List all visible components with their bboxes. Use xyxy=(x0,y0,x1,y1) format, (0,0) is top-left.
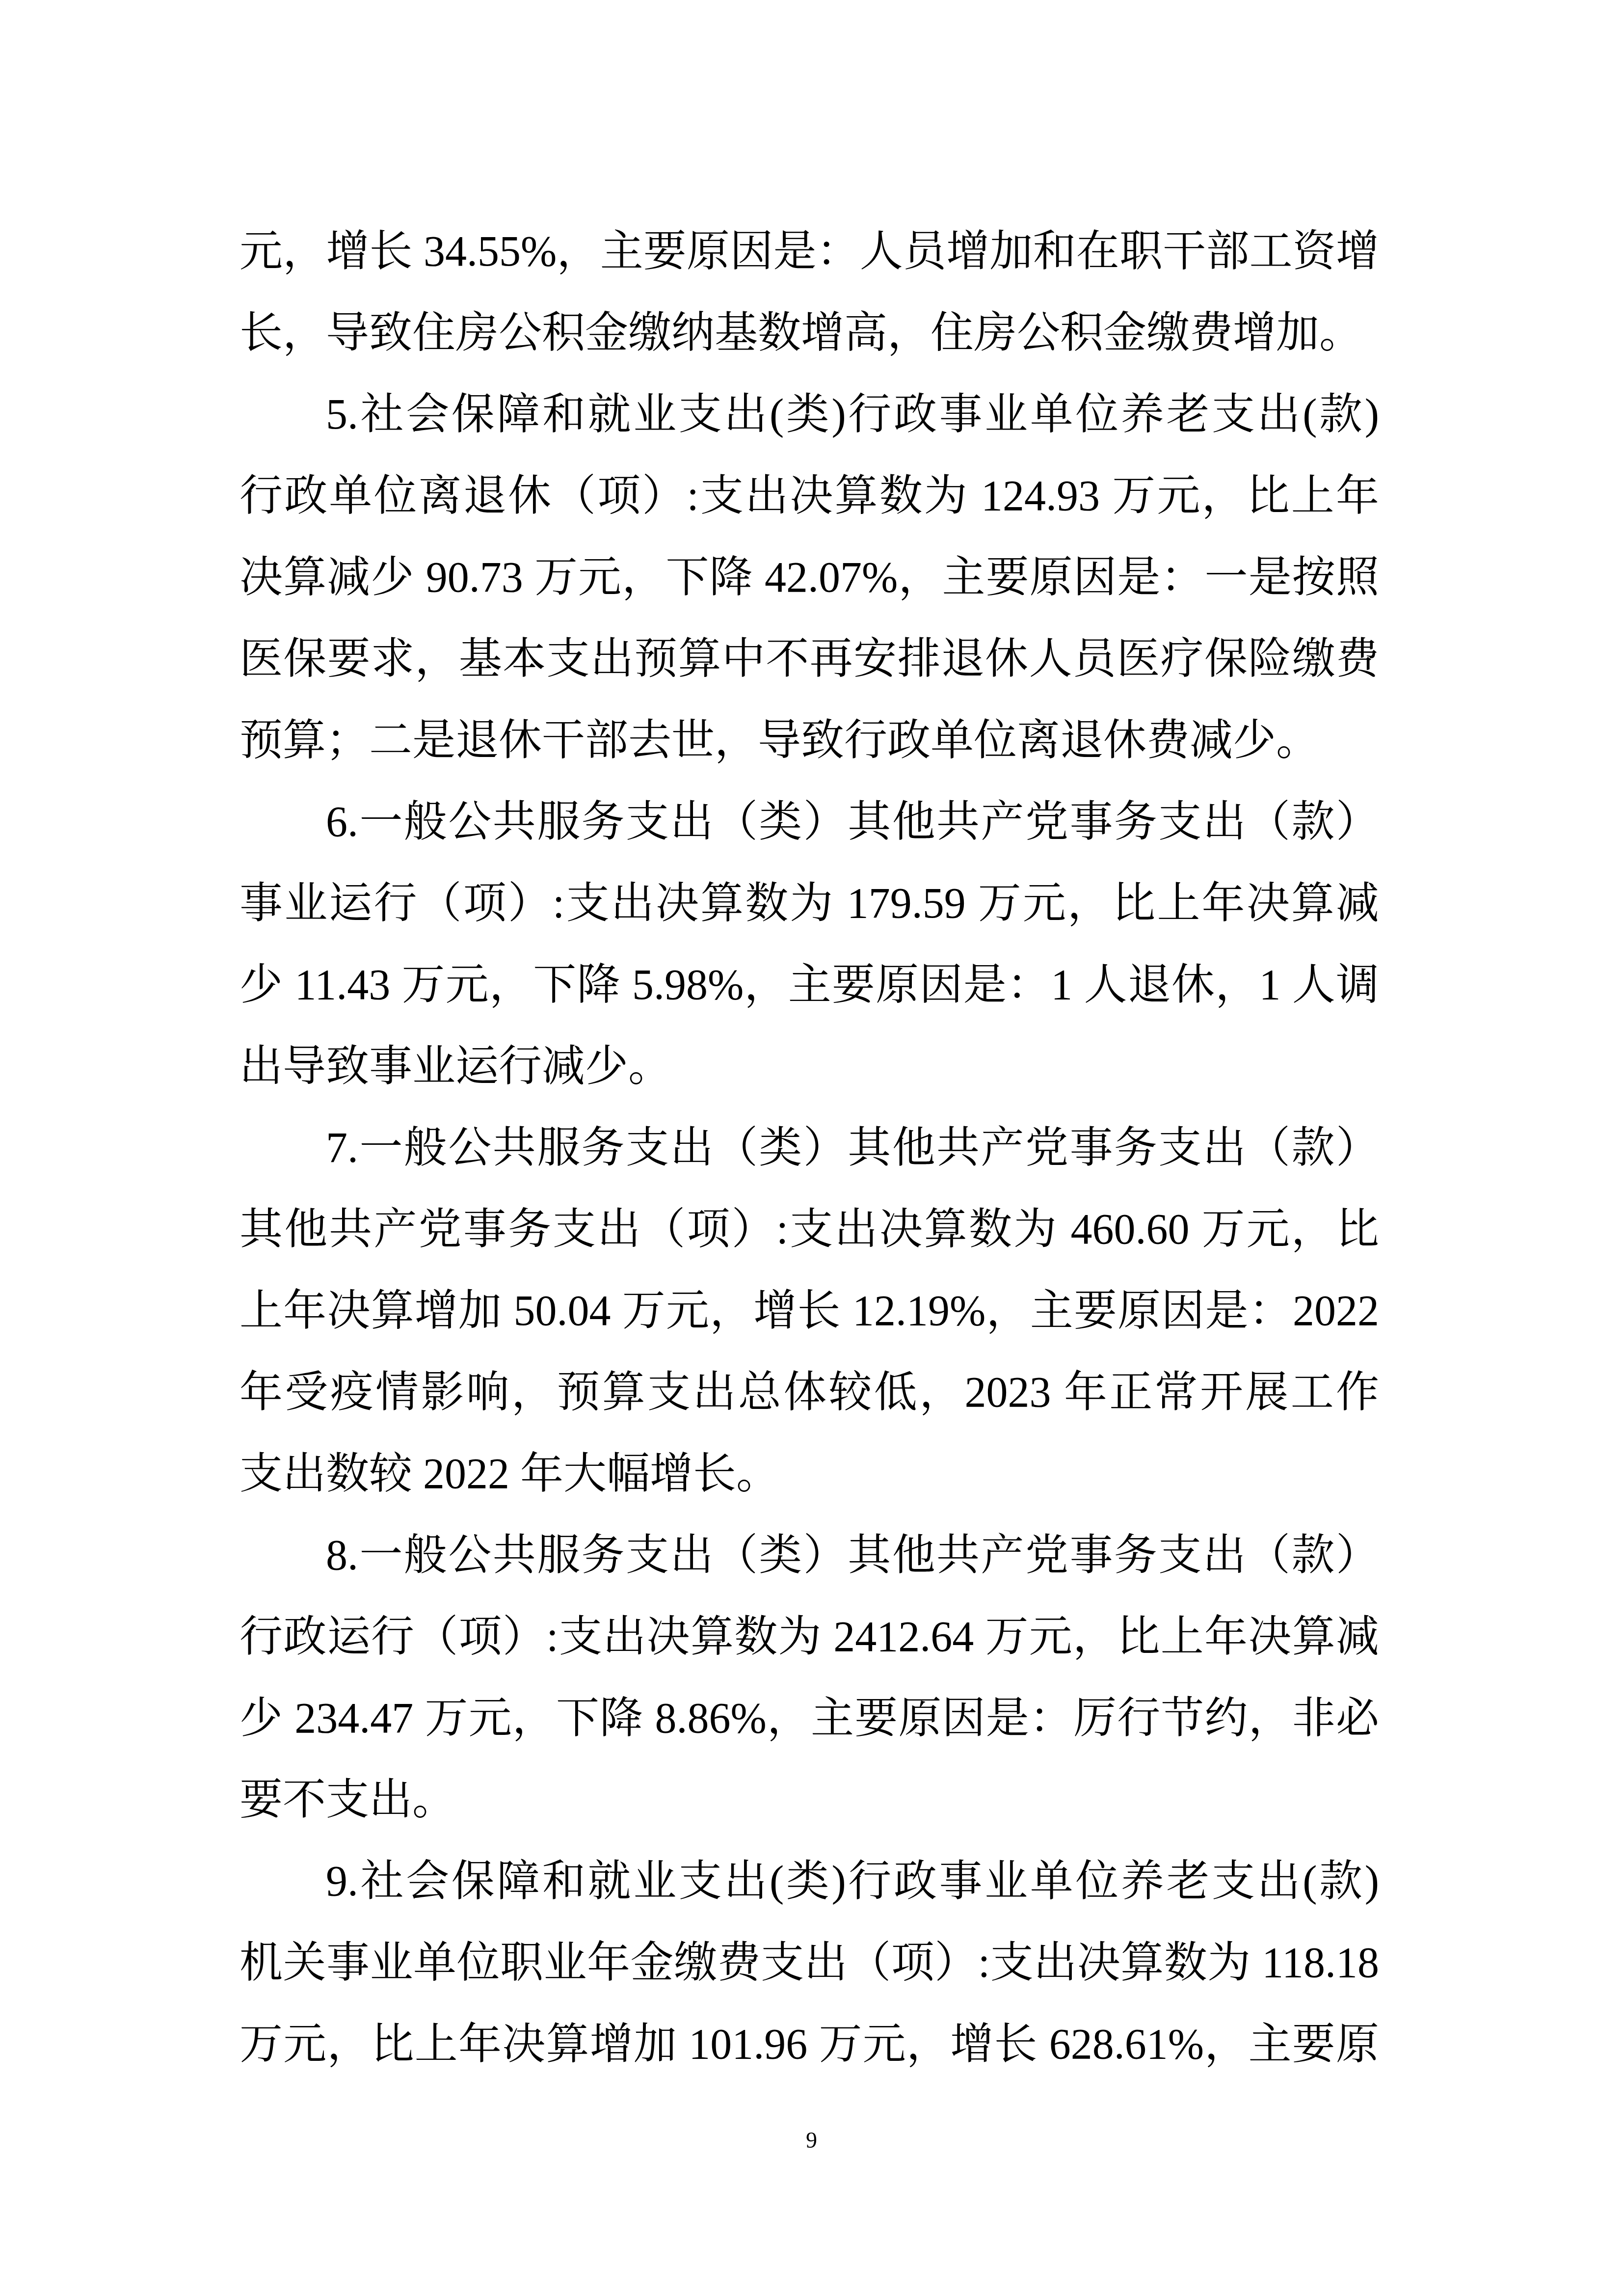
document-body: 元，增长 34.55%，主要原因是：人员增加和在职干部工资增长，导致住房公积金缴… xyxy=(239,211,1379,2085)
text-line-14: 上年决算增加 50.04 万元，增长 12.19%，主要原因是：2022 xyxy=(239,1270,1379,1352)
text-line-8: 6.一般公共服务支出（类）其他共产党事务支出（款） xyxy=(239,782,1379,863)
text-line-19: 少 234.47 万元，下降 8.86%，主要原因是：厉行节约，非必 xyxy=(239,1678,1379,1759)
text-line-1: 元，增长 34.55%，主要原因是：人员增加和在职干部工资增 xyxy=(239,211,1379,293)
text-line-21: 9.社会保障和就业支出(类)行政事业单位养老支出(款) xyxy=(239,1841,1379,1922)
text-line-23: 万元，比上年决算增加 101.96 万元，增长 628.61%，主要原 xyxy=(239,2004,1379,2085)
text-line-3: 5.社会保障和就业支出(类)行政事业单位养老支出(款) xyxy=(239,374,1379,456)
text-line-12: 7.一般公共服务支出（类）其他共产党事务支出（款） xyxy=(239,1107,1379,1189)
text-line-11: 出导致事业运行减少。 xyxy=(239,1026,1379,1107)
text-line-17: 8.一般公共服务支出（类）其他共产党事务支出（款） xyxy=(239,1515,1379,1596)
text-line-7: 预算；二是退休干部去世，导致行政单位离退休费减少。 xyxy=(239,700,1379,782)
text-line-15: 年受疫情影响，预算支出总体较低，2023 年正常开展工作后， xyxy=(239,1352,1379,1433)
text-line-5: 决算减少 90.73 万元，下降 42.07%，主要原因是：一是按照 xyxy=(239,537,1379,619)
text-line-20: 要不支出。 xyxy=(239,1759,1379,1841)
text-line-2: 长，导致住房公积金缴纳基数增高，住房公积金缴费增加。 xyxy=(239,293,1379,374)
document-page: 元，增长 34.55%，主要原因是：人员增加和在职干部工资增长，导致住房公积金缴… xyxy=(0,0,1623,2296)
text-line-10: 少 11.43 万元，下降 5.98%，主要原因是：1 人退休，1 人调 xyxy=(239,945,1379,1026)
page-number: 9 xyxy=(0,2126,1623,2155)
text-line-9: 事业运行（项）:支出决算数为 179.59 万元，比上年决算减 xyxy=(239,863,1379,945)
text-line-4: 行政单位离退休（项）:支出决算数为 124.93 万元，比上年 xyxy=(239,456,1379,537)
text-line-13: 其他共产党事务支出（项）:支出决算数为 460.60 万元，比 xyxy=(239,1189,1379,1270)
text-line-16: 支出数较 2022 年大幅增长。 xyxy=(239,1433,1379,1515)
text-line-18: 行政运行（项）:支出决算数为 2412.64 万元，比上年决算减 xyxy=(239,1596,1379,1678)
text-line-22: 机关事业单位职业年金缴费支出（项）:支出决算数为 118.18 xyxy=(239,1922,1379,2004)
text-line-6: 医保要求，基本支出预算中不再安排退休人员医疗保险缴费 xyxy=(239,619,1379,700)
